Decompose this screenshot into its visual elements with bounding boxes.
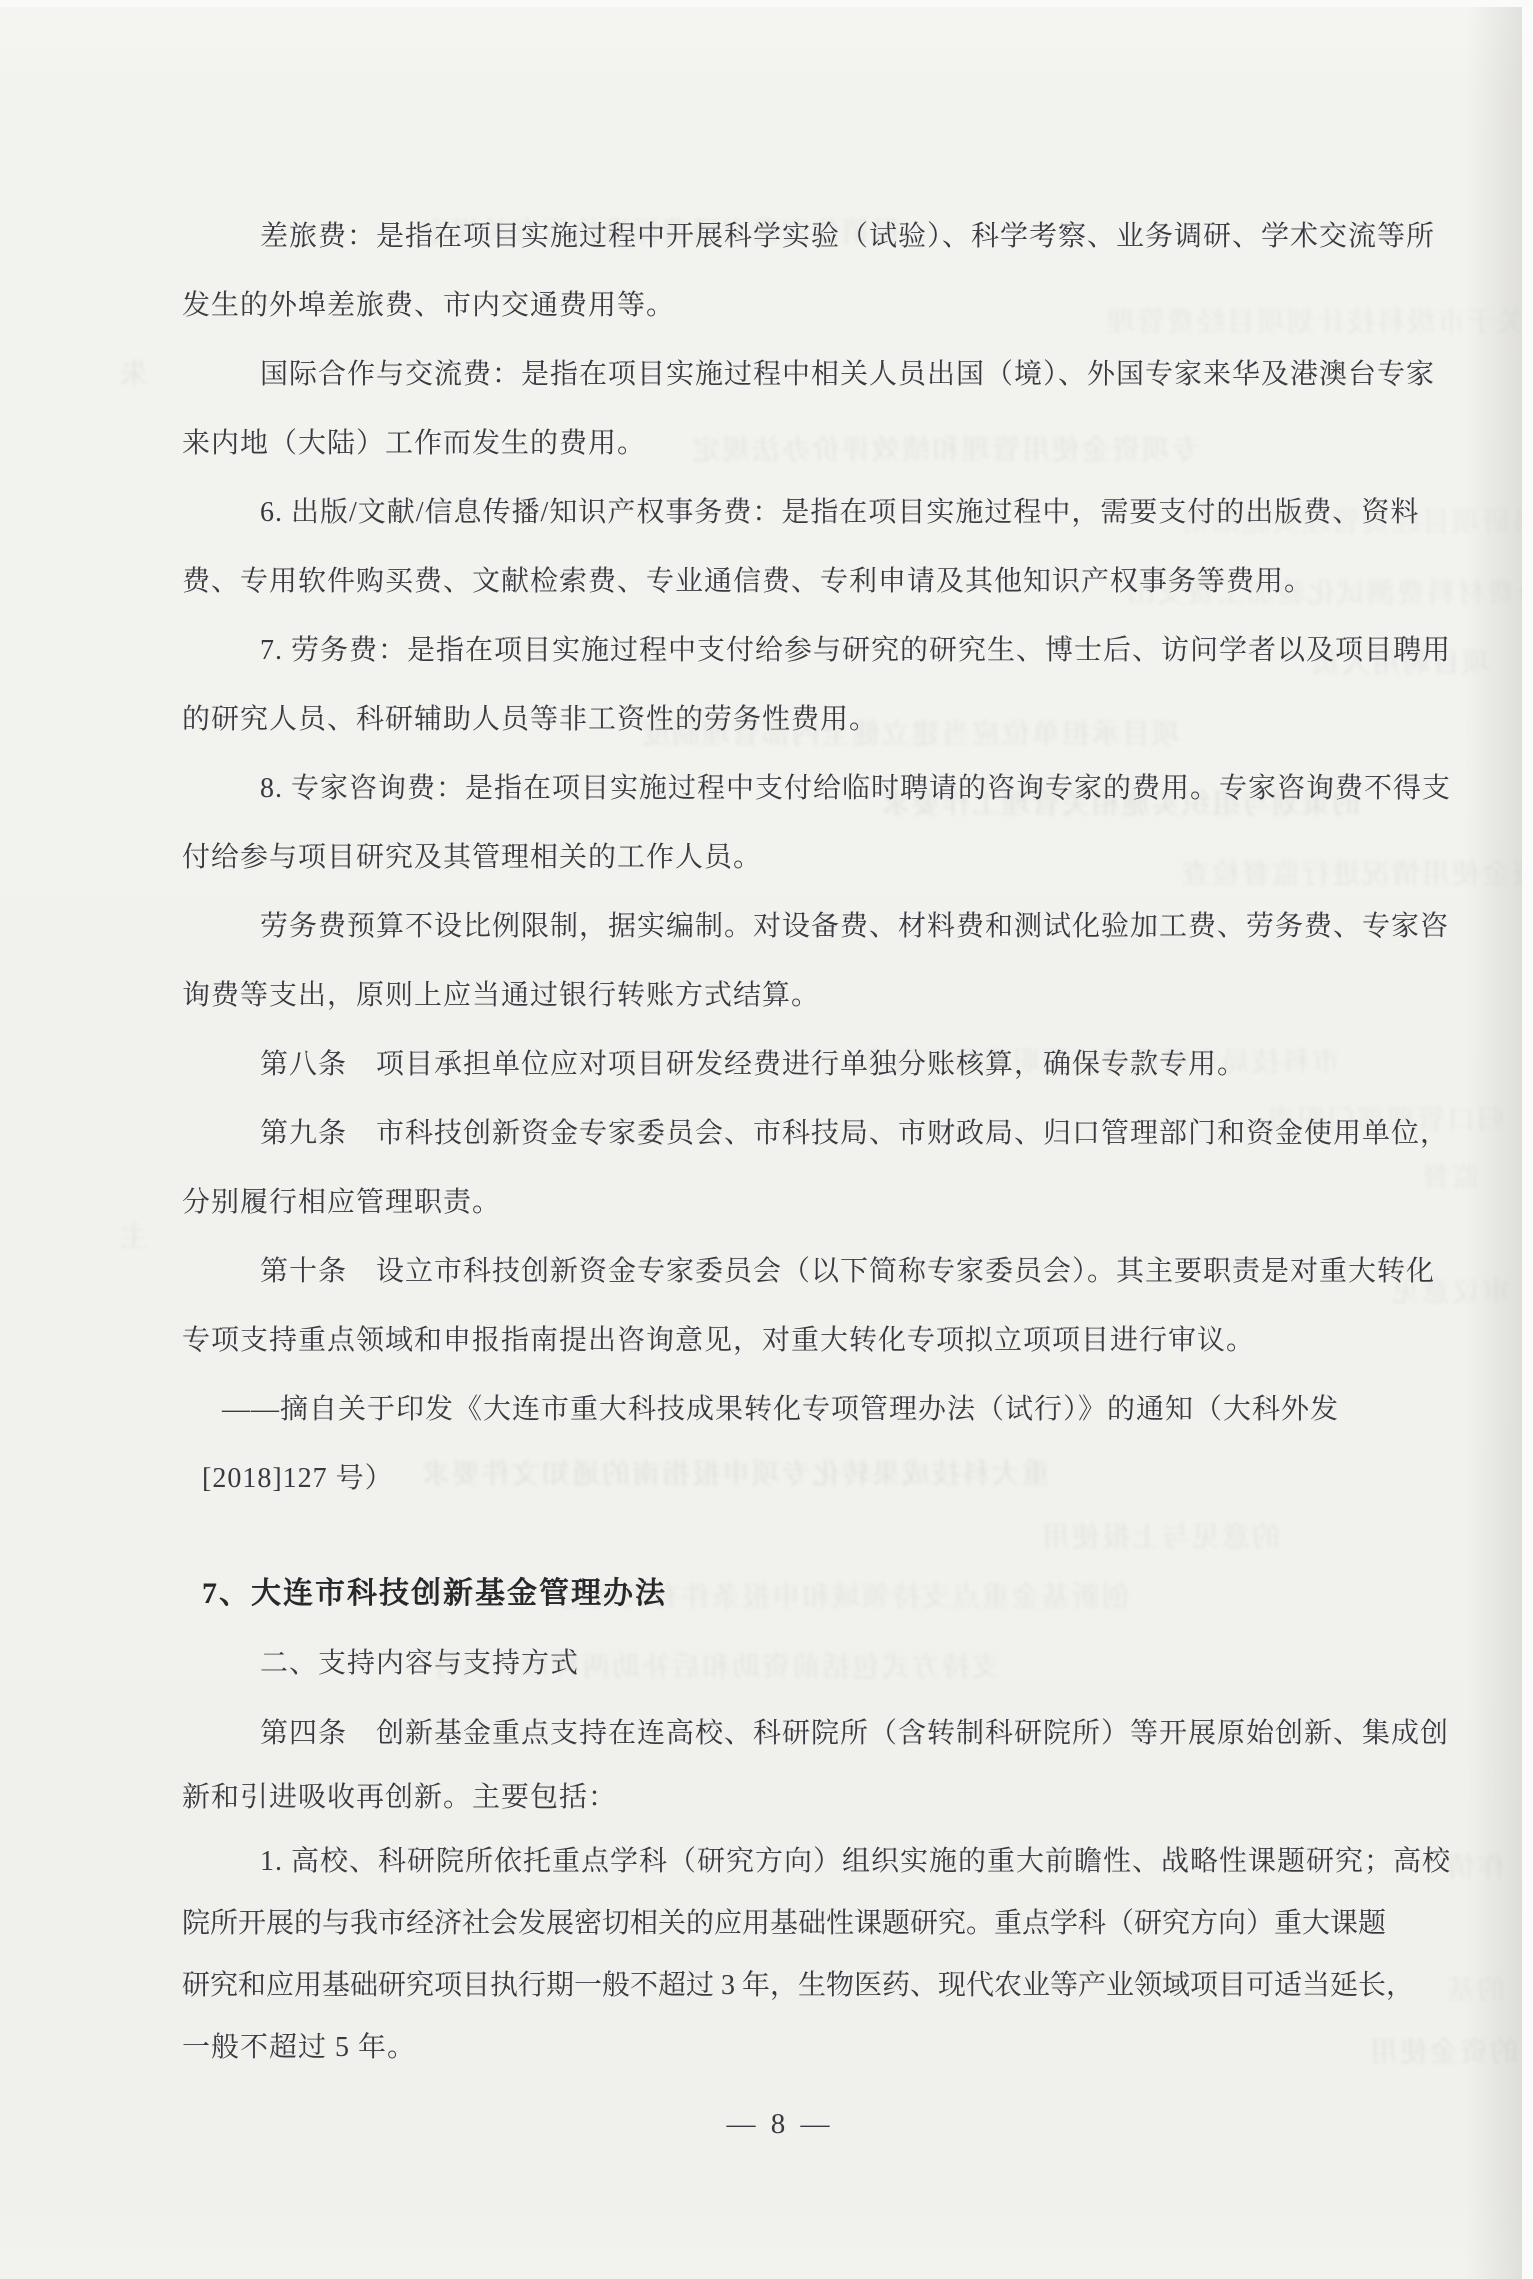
text-line: 7. 劳务费：是指在项目实施过程中支付给参与研究的研究生、博士后、访问学者以及项… <box>182 629 1451 673</box>
text-line: 分别履行相应管理职责。 <box>182 1181 501 1225</box>
text-line: 6. 出版/文献/信息传播/知识产权事务费：是指在项目实施过程中，需要支付的出版… <box>182 491 1419 535</box>
text-line: 劳务费预算不设比例限制，据实编制。对设备费、材料费和测试化验加工费、劳务费、专家… <box>182 905 1449 949</box>
text-line: 一般不超过 5 年。 <box>182 2026 416 2070</box>
bleed-through-text: 专项资金使用管理和绩效评价办法规定 <box>690 428 1200 468</box>
text-line: 费、专用软件购买费、文献检索费、专业通信费、专利申请及其他知识产权事务等费用。 <box>182 560 1313 604</box>
text-line: 新和引进吸收再创新。主要包括： <box>182 1776 617 1820</box>
text-line: 院所开展的与我市经济社会发展密切相关的应用基础性课题研究。重点学科（研究方向）重… <box>182 1902 1386 1946</box>
text-line: 研究和应用基础研究项目执行期一般不超过 3 年，生物医药、现代农业等产业领域项目… <box>182 1964 1414 2008</box>
text-line: 第十条 设立市科技创新资金专家委员会（以下简称专家委员会）。其主要职责是对重大转… <box>182 1250 1435 1294</box>
text-line: 付给参与项目研究及其管理相关的工作人员。 <box>182 836 762 880</box>
text-line: 专项支持重点领域和申报指南提出咨询意见，对重大转化专项拟立项项目进行审议。 <box>182 1319 1255 1363</box>
text-line: 发生的外埠差旅费、市内交通费用等。 <box>182 284 675 328</box>
text-line: 国际合作与交流费：是指在项目实施过程中相关人员出国（境）、外国专家来华及港澳台专… <box>182 353 1435 397</box>
text-line: 第四条 创新基金重点支持在连高校、科研院所（含转制科研院所）等开展原始创新、集成… <box>182 1712 1449 1756</box>
text-line: 询费等支出，原则上应当通过银行转账方式结算。 <box>182 974 820 1018</box>
text-line: 来内地（大陆）工作而发生的费用。 <box>182 422 646 466</box>
text-line: 1. 高校、科研院所依托重点学科（研究方向）组织实施的重大前瞻性、战略性课题研究… <box>182 1840 1451 1884</box>
bleed-through-text: 重大科技成果转化专项申报指南的通知文件要求 <box>420 1452 1050 1492</box>
text-line: 第八条 项目承担单位应对项目研发经费进行单独分账核算，确保专款专用。 <box>182 1043 1246 1087</box>
bleed-through-text: 的意见与上报使用 <box>1040 1515 1280 1555</box>
citation-line: [2018]127 号） <box>182 1457 394 1501</box>
bleed-through-text: 关于市级科技计划项目经费管理 <box>1105 300 1525 340</box>
citation-line: ——摘自关于印发《大连市重大科技成果转化专项管理办法（试行）》的通知（大科外发 <box>182 1388 1339 1432</box>
text-line: 差旅费：是指在项目实施过程中开展科学实验（试验）、科学考察、业务调研、学术交流等… <box>182 215 1435 259</box>
bleed-through-text: 主 <box>118 1215 148 1255</box>
scanned-document-page: 报销住宿费交通费标准执行有关规定 关于市级科技计划项目经费管理 朱 专项资金使用… <box>0 0 1533 2279</box>
text-line: 的研究人员、科研辅助人员等非工资性的劳务性费用。 <box>182 698 878 742</box>
section-heading: 7、大连市科技创新基金管理办法 <box>182 1572 667 1616</box>
text-line: 二、支持内容与支持方式 <box>182 1642 579 1686</box>
scan-edge-white <box>1522 0 1533 2279</box>
text-line: 8. 专家咨询费：是指在项目实施过程中支付给临时聘请的咨询专家的费用。专家咨询费… <box>182 767 1451 811</box>
scan-edge-top <box>0 0 1533 7</box>
scan-edge-shade <box>1465 0 1523 2279</box>
text-line: 第九条 市科技创新资金专家委员会、市科技局、市财政局、归口管理部门和资金使用单位… <box>182 1112 1449 1156</box>
page-number: — 8 — <box>0 2108 1533 2141</box>
bleed-through-text: 朱 <box>118 352 148 392</box>
